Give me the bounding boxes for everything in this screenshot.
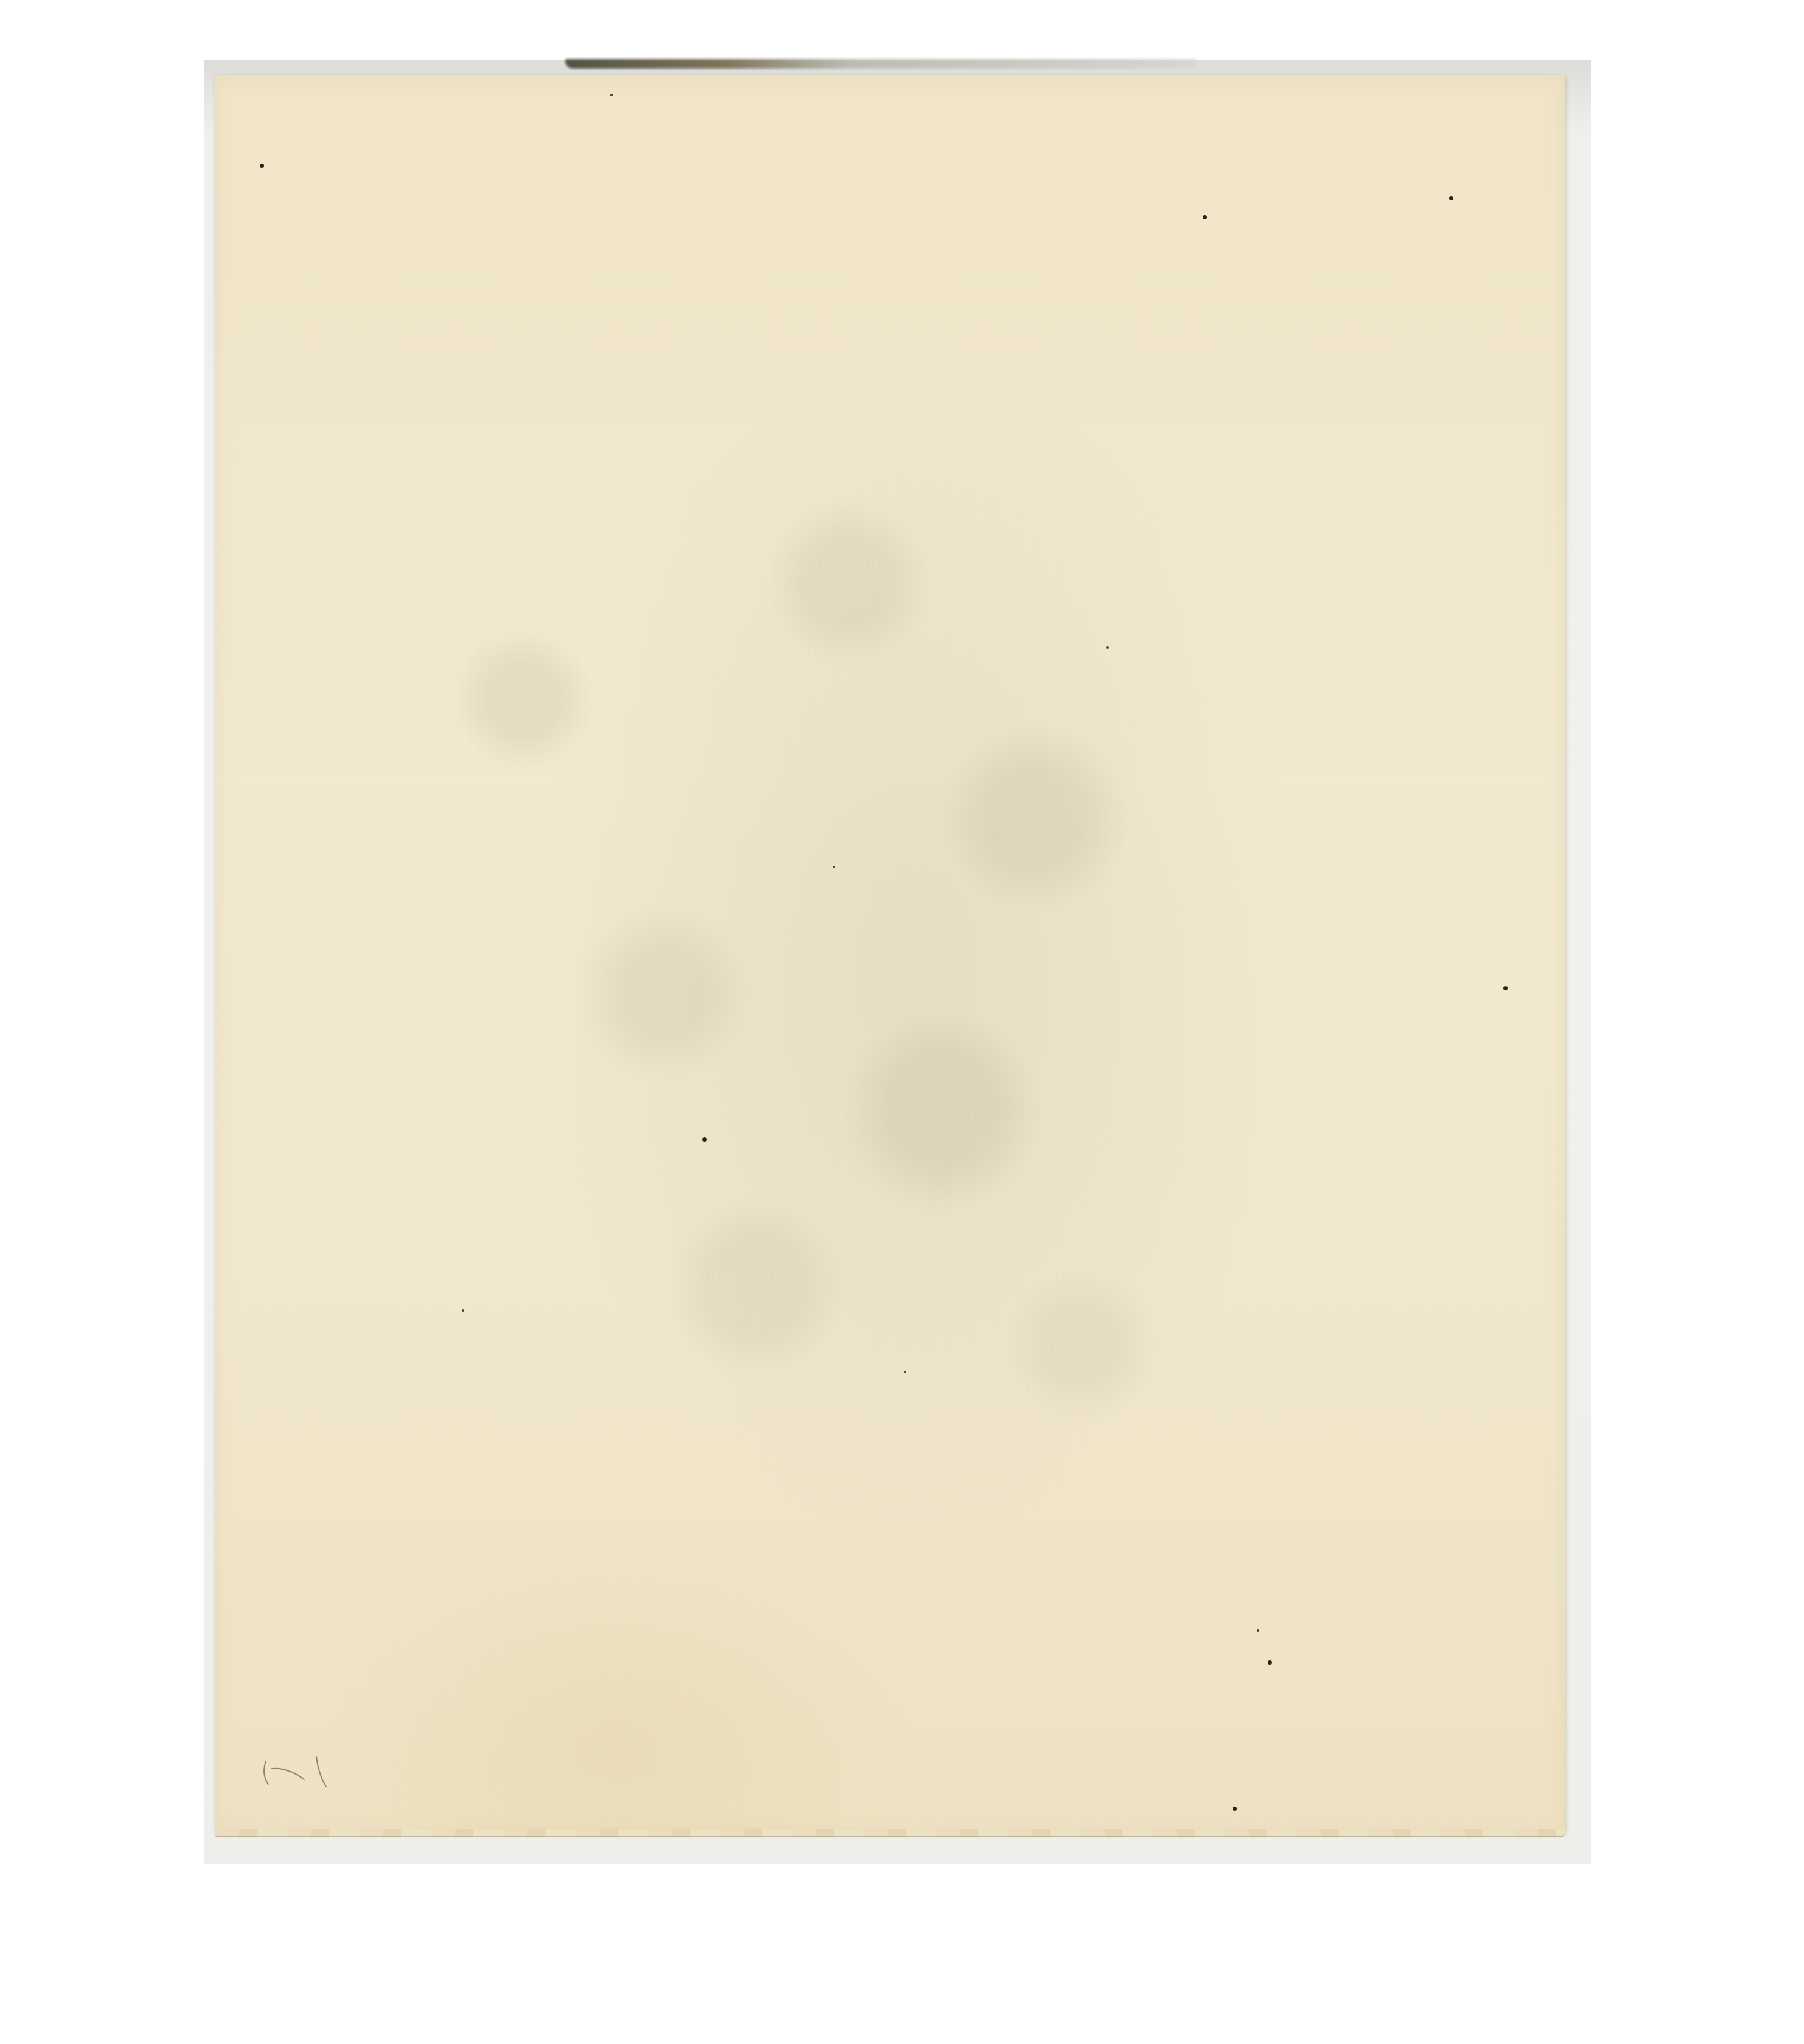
foxing-dot — [610, 94, 613, 96]
foxing-dot — [1106, 646, 1109, 649]
pencil-offset-smudges — [337, 349, 1269, 1521]
foxing-dot — [833, 866, 835, 868]
foxing-dot — [904, 1371, 906, 1373]
foxing-dot — [1203, 215, 1207, 219]
foxing-dot — [1503, 986, 1508, 990]
corner-pencil-mark — [259, 1755, 331, 1798]
top-edge-shadow — [565, 59, 1197, 69]
foxing-dot — [702, 1137, 707, 1142]
foxing-dot — [1268, 1660, 1272, 1665]
foxing-dot — [462, 1309, 464, 1312]
foxing-dot — [1257, 1629, 1259, 1632]
foxing-dot — [1233, 1807, 1237, 1811]
foxing-dot — [260, 164, 264, 168]
foxing-dot — [1449, 196, 1453, 200]
